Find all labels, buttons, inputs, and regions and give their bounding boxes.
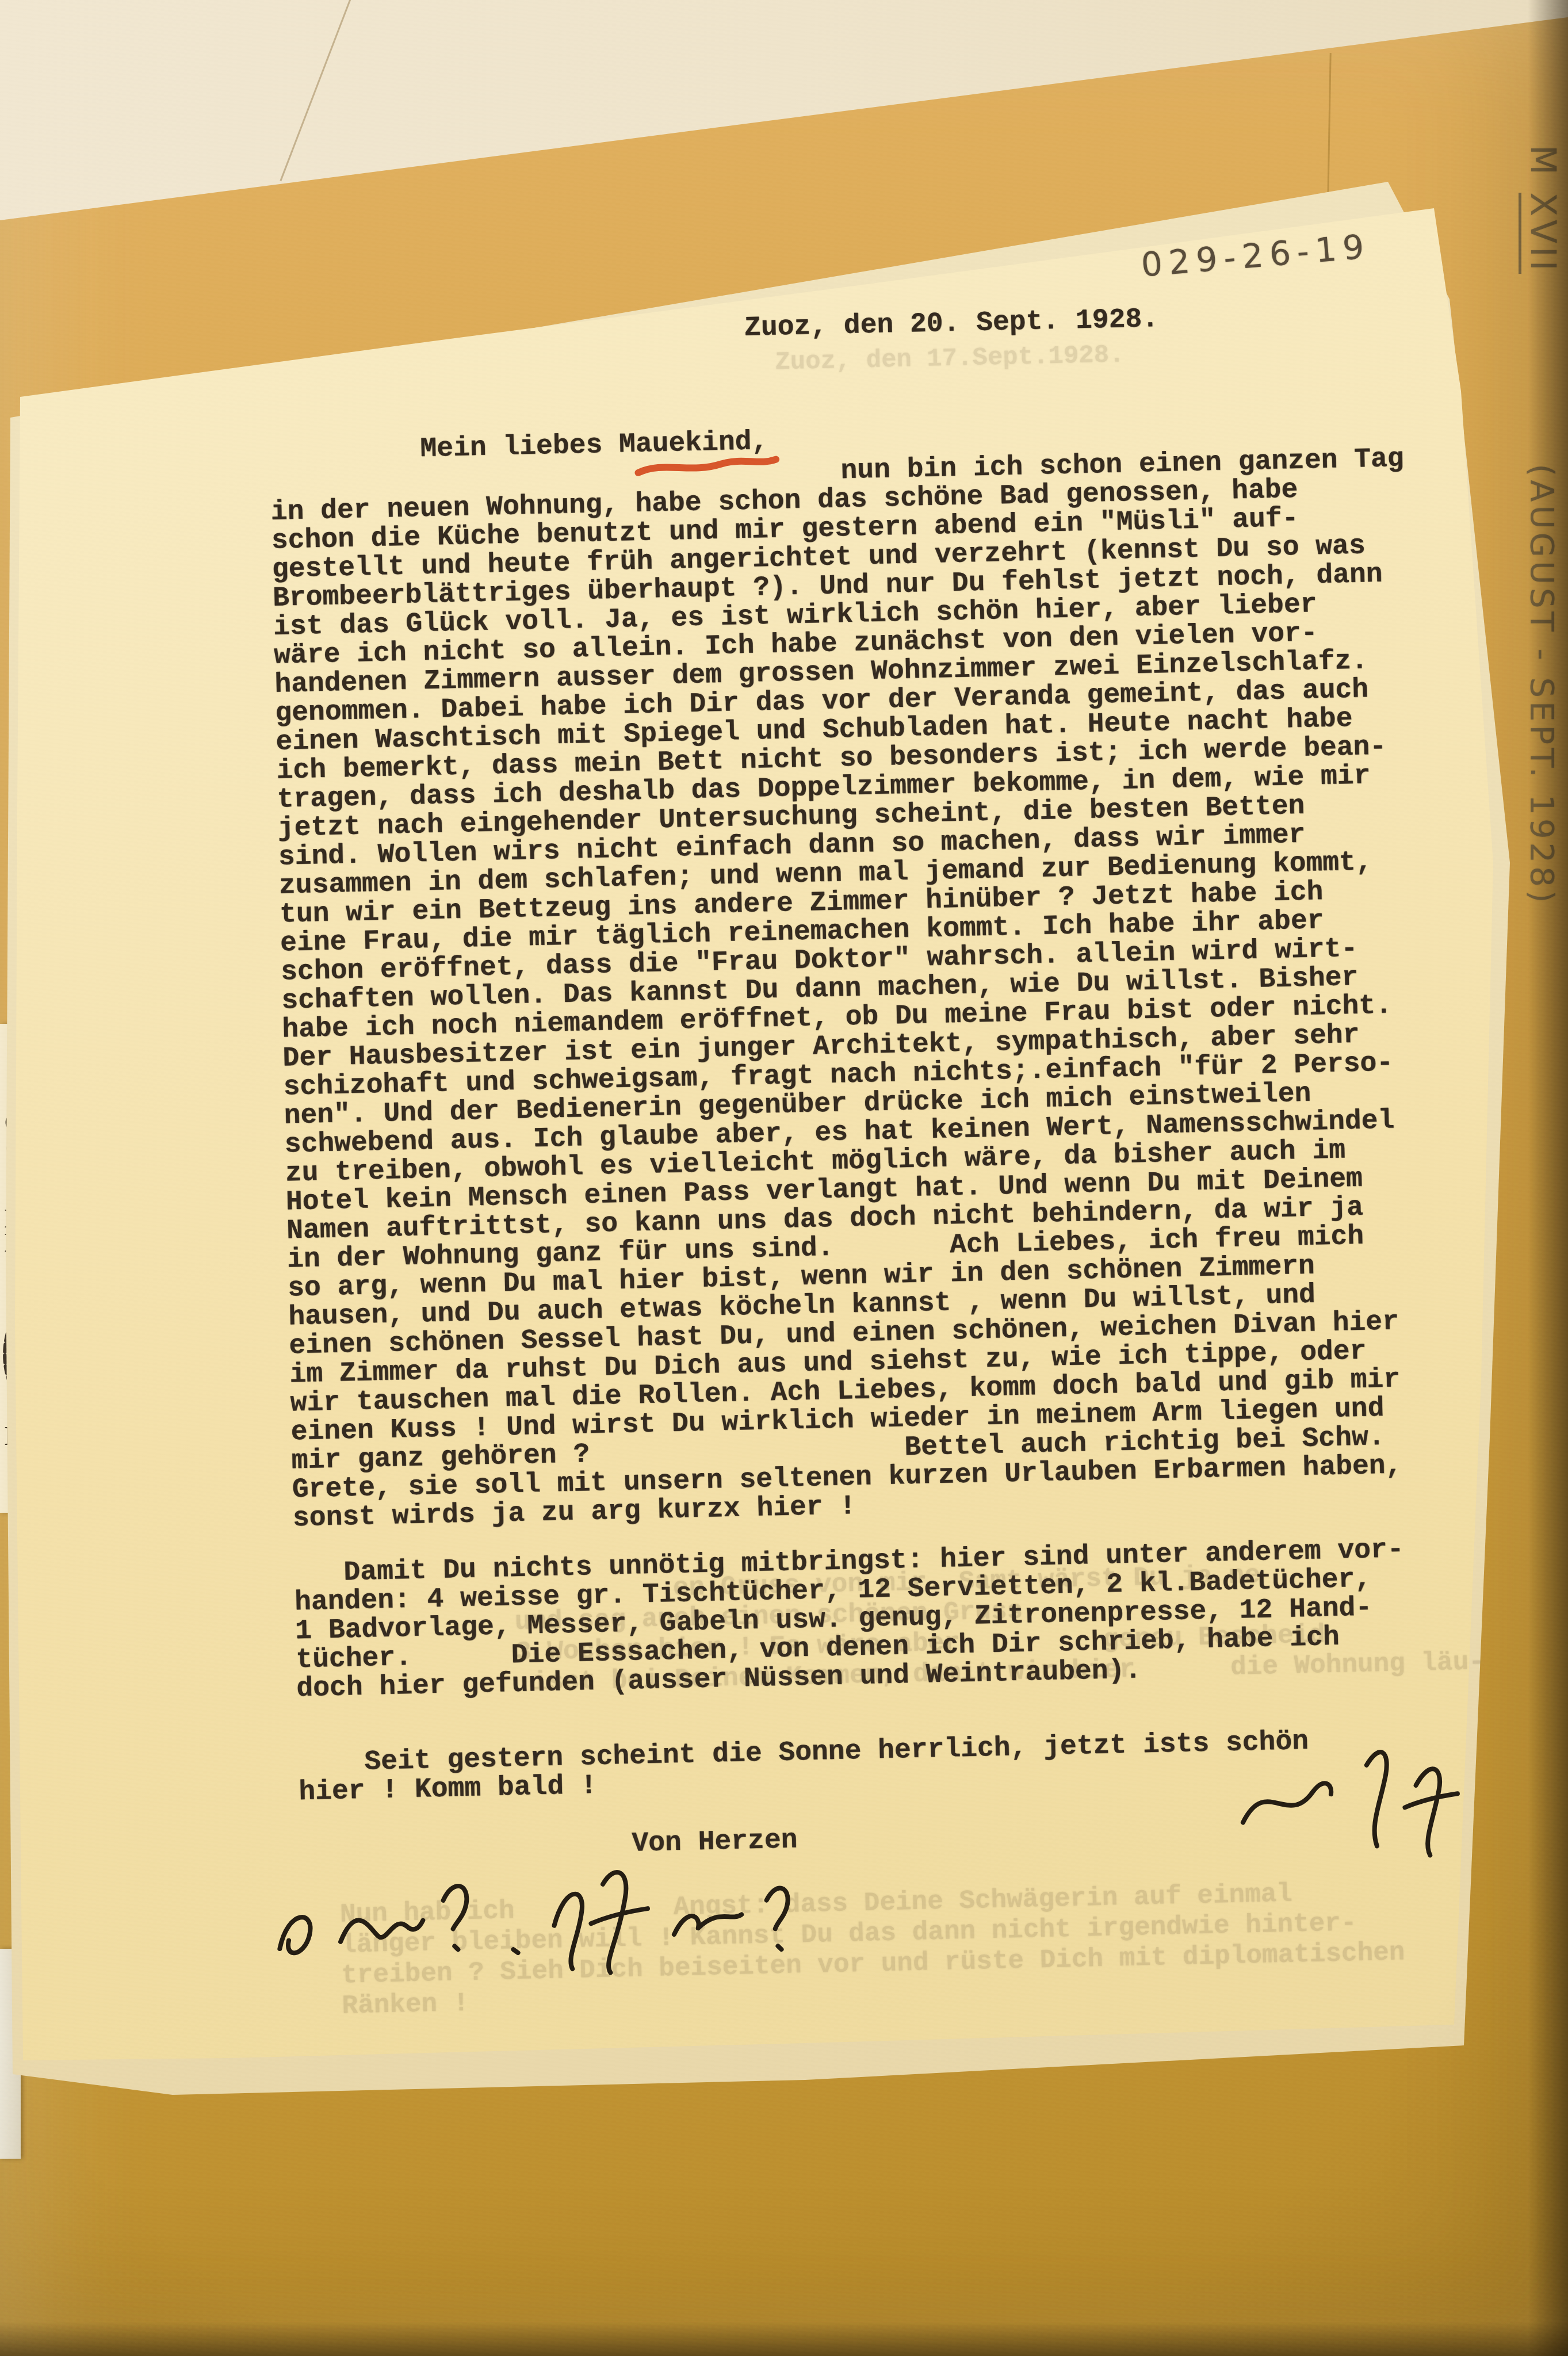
margin-note-date-range: (AUGUST - SEPT. 1928)	[1523, 464, 1561, 906]
margin-note-volume-prefix: M	[1523, 145, 1563, 193]
signature-scribble	[270, 1849, 882, 1989]
archive-photo-of-letter: M XVII(AUGUST - SEPT. 1928) e c a p p L …	[0, 0, 1568, 2356]
margin-note-volume-numeral: XVII	[1519, 193, 1563, 274]
ghost-bleedthrough-mid: en Gruss von mir. Samt wärst Du ja neund…	[514, 1555, 1485, 1699]
salutation-suffix: ,	[751, 426, 768, 458]
salutation-prefix: Mein liebes	[420, 430, 619, 465]
letter-paragraph-3: Seit gestern scheint die Sonne herrlich,…	[298, 1727, 1310, 1807]
signature-flourish	[1231, 1731, 1475, 1875]
letter-content: 029-26-19 Zuoz, den 17.Sept.1928. Zuoz, …	[265, 410, 1540, 2220]
folder-margin-note: M XVII(AUGUST - SEPT. 1928)	[1521, 145, 1562, 962]
red-underline-mark	[633, 454, 783, 481]
letter-body-block: in der neuen Wohnung, habe schon das sch…	[270, 474, 1403, 1533]
